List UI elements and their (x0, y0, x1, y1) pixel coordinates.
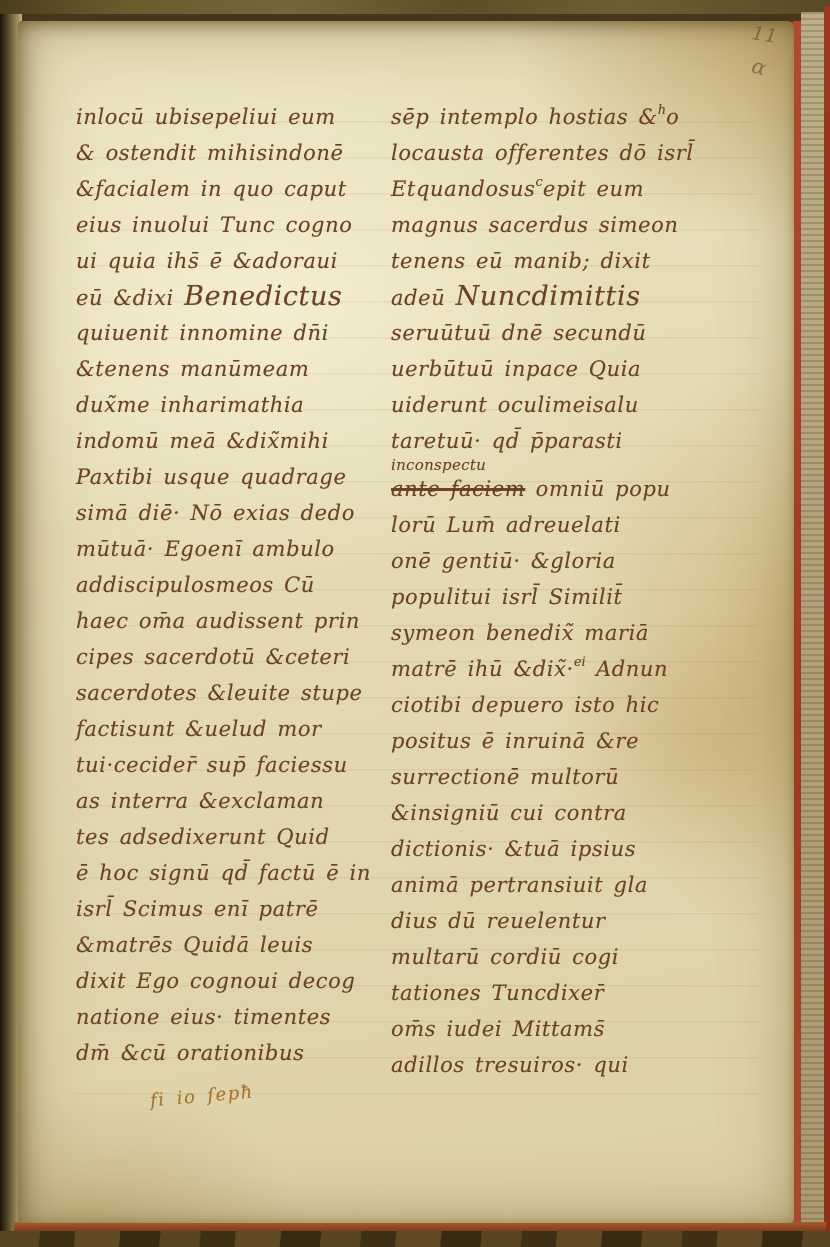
manuscript-line: uerbūtuū inpace Quia (391, 352, 726, 388)
manuscript-line: Paxtibi usque quadrage (76, 460, 391, 496)
manuscript-line: &facialem in quo caput (76, 172, 391, 208)
manuscript-line: & ostendit mihisindonē (76, 136, 391, 172)
manuscript-line: haec om̄a audissent prin (76, 604, 391, 640)
manuscript-line: lorū Lum̄ adreuelati (391, 508, 726, 544)
manuscript-line: ui quia ihs̄ ē &adoraui (76, 244, 391, 280)
manuscript-line: &insigniū cui contra (391, 796, 726, 832)
manuscript-line: animā pertransiuit gla (391, 868, 726, 904)
manuscript-line: simā diē· Nō exias dedo (76, 496, 391, 532)
manuscript-line: tui·cecider̄ sup̄ faciessu (76, 748, 391, 784)
manuscript-line: seruūtuū dnē secundū (391, 316, 726, 352)
book-page-stack-edge (801, 12, 824, 1232)
manuscript-line: tationes Tuncdixer̄ (391, 976, 726, 1012)
manuscript-line: cipes sacerdotū &ceteri (76, 640, 391, 676)
manuscript-line: addiscipulosmeos Cū (76, 568, 391, 604)
left-text-column: inlocū ubisepeliui eum& ostendit mihisin… (76, 100, 391, 1072)
book-top-binding-edge (0, 0, 830, 14)
manuscript-line: ante faciem omniū popu (391, 472, 726, 508)
manuscript-line: isrl̄ Scimus enī patrē (76, 892, 391, 928)
manuscript-line: inconspectu (391, 460, 726, 472)
manuscript-line: Etquandosuscepit eum (391, 172, 726, 208)
manuscript-line: adeū Nuncdimittis (391, 280, 726, 316)
manuscript-line: &tenens manūmeam (76, 352, 391, 388)
manuscript-line: matrē ihū &dix̃·ei Adnun (391, 652, 726, 688)
manuscript-line: eius inuolui Tunc cogno (76, 208, 391, 244)
manuscript-line: dux̃me inharimathia (76, 388, 391, 424)
manuscript-line: uiderunt oculimeisalu (391, 388, 726, 424)
manuscript-line: adillos tresuiros· qui (391, 1048, 726, 1084)
right-text-column: sēp intemplo hostias &holocausta offeren… (391, 100, 726, 1084)
manuscript-line: &matrēs Quidā leuis (76, 928, 391, 964)
manuscript-photo: 11 ɑ inlocū ubisepeliui eum& ostendit mi… (0, 0, 830, 1247)
manuscript-line: magnus sacerdus simeon (391, 208, 726, 244)
manuscript-line: sacerdotes &leuite stupe (76, 676, 391, 712)
manuscript-line: dm̄ &cū orationibus (76, 1036, 391, 1072)
manuscript-line: dixit Ego cognoui decog (76, 964, 391, 1000)
manuscript-line: quiuenit innomine dn̄i (76, 316, 391, 352)
manuscript-line: inlocū ubisepeliui eum (76, 100, 391, 136)
manuscript-line: multarū cordiū cogi (391, 940, 726, 976)
manuscript-line: eū &dixi Benedictus (76, 280, 391, 316)
manuscript-line: ciotibi depuero isto hic (391, 688, 726, 724)
manuscript-line: positus ē inruinā &re (391, 724, 726, 760)
manuscript-line: tes adsedixerunt Quid (76, 820, 391, 856)
manuscript-line: taretuū· qd̄ p̄parasti (391, 424, 726, 460)
manuscript-line: mūtuā· Egoenī ambulo (76, 532, 391, 568)
red-fore-edge-inner (793, 21, 801, 1227)
manuscript-line: natione eius· timentes (76, 1000, 391, 1036)
manuscript-line: indomū meā &dix̃mihi (76, 424, 391, 460)
book-bottom-binding-edge (0, 1231, 830, 1247)
manuscript-line: locausta offerentes dō isrl̄ (391, 136, 726, 172)
manuscript-line: sēp intemplo hostias &ho (391, 100, 726, 136)
manuscript-line: ē hoc signū qd̄ factū ē in (76, 856, 391, 892)
manuscript-line: dius dū reuelentur (391, 904, 726, 940)
manuscript-line: surrectionē multorū (391, 760, 726, 796)
folio-number: 11 (750, 22, 779, 48)
manuscript-line: tenens eū manib; dixit (391, 244, 726, 280)
manuscript-line: populitui isrl̄ Similit̄ (391, 580, 726, 616)
manuscript-line: symeon benedix̃ mariā (391, 616, 726, 652)
manuscript-line: as interra &exclaman (76, 784, 391, 820)
manuscript-line: om̄s iudei Mittams̄ (391, 1012, 726, 1048)
red-fore-edge-outer (824, 6, 830, 1238)
manuscript-line: dictionis· &tuā ipsius (391, 832, 726, 868)
manuscript-line: onē gentiū· &gloria (391, 544, 726, 580)
manuscript-line: factisunt &uelud mor (76, 712, 391, 748)
